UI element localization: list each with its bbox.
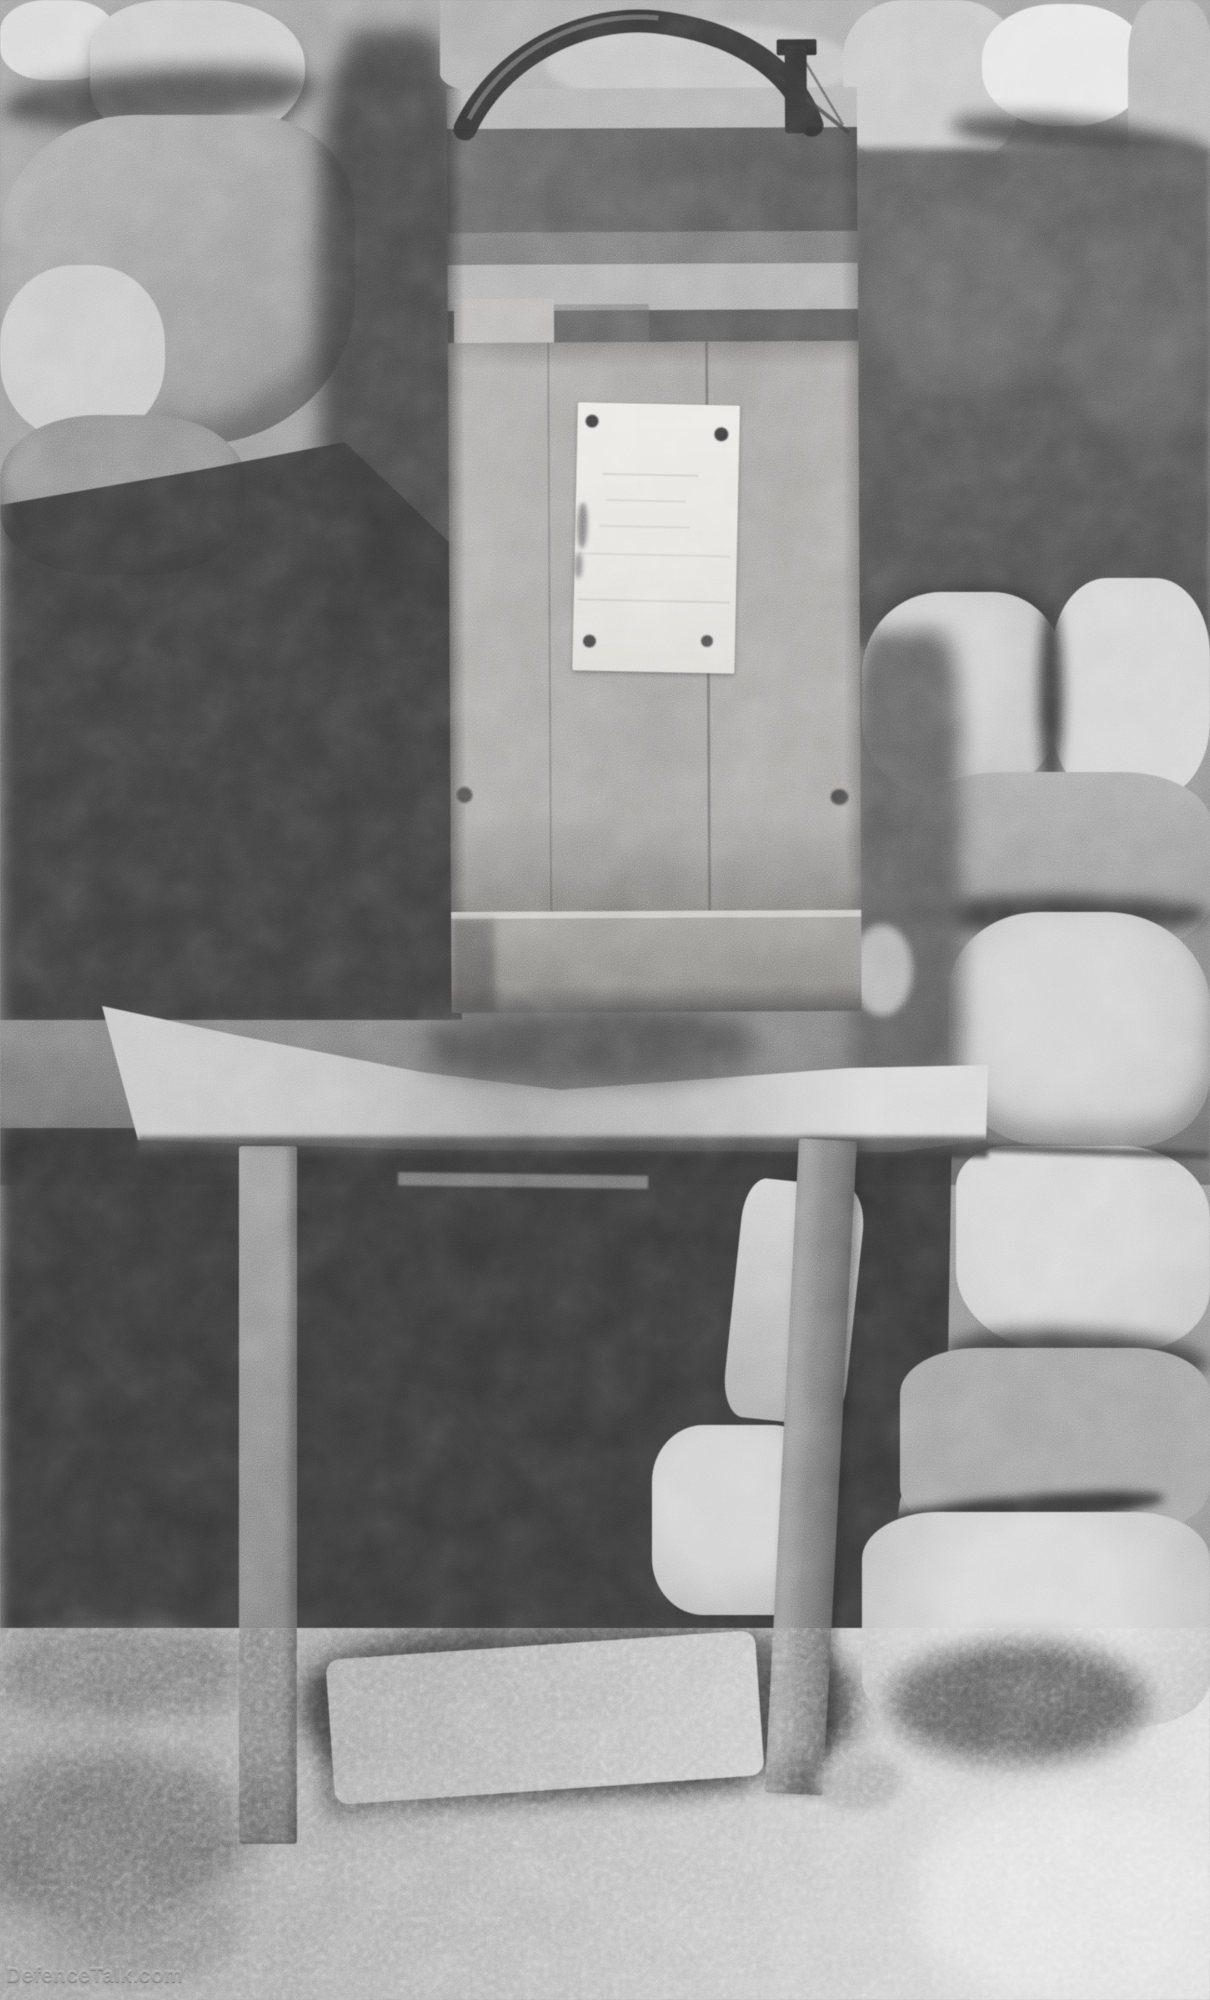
terminal-post <box>785 45 807 133</box>
watermark-text: DefenceTalk.com <box>6 1964 183 1988</box>
face-top-shadow <box>448 341 858 369</box>
stone <box>1066 235 1210 445</box>
paper-label <box>572 402 740 673</box>
label-faint-writing <box>606 499 686 503</box>
stone <box>956 1146 1210 1351</box>
wood-knot <box>830 789 848 805</box>
stone <box>0 265 165 440</box>
box-shadow-on-table <box>420 1008 750 1083</box>
stone <box>948 912 1210 1147</box>
stone <box>868 205 1068 395</box>
label-smudge <box>574 552 583 578</box>
wooden-box <box>446 5 861 1015</box>
stone <box>1052 578 1210 798</box>
handle-strap <box>464 20 812 129</box>
box-top-slat-dark <box>447 127 858 233</box>
tack-dot <box>585 414 598 427</box>
gap-behind-box <box>852 630 962 1130</box>
box-bottom-slat <box>451 917 861 1013</box>
flat-stone-slab <box>325 1630 764 1805</box>
label-faint-writing <box>602 473 698 477</box>
rock-crevice <box>1038 600 1064 790</box>
label-crease <box>578 598 730 603</box>
right-leg-foot <box>815 1755 905 1810</box>
face-bottom-shadow <box>451 815 861 912</box>
box-bottom-left-shade <box>451 919 495 1013</box>
tack-dot <box>714 427 728 441</box>
carry-handle <box>446 5 857 142</box>
box-cast-shadow <box>0 420 480 1030</box>
stone <box>982 4 1147 126</box>
tack-dot <box>583 634 596 647</box>
rock-crevice <box>888 1640 1148 1765</box>
bright-gravel-corner <box>920 1800 1210 2000</box>
table-left-leg <box>239 1146 297 1844</box>
label-crease <box>579 552 731 557</box>
photo-canvas: DefenceTalk.com <box>0 0 1210 2000</box>
label-smudge <box>577 502 588 548</box>
ground-shadow-patch <box>0 1628 240 1718</box>
wood-knot <box>456 787 472 803</box>
tack-dot <box>701 635 713 647</box>
label-faint-writing <box>599 525 689 529</box>
photo-scene <box>0 0 1210 2000</box>
box-top-slat-mid <box>448 231 858 265</box>
